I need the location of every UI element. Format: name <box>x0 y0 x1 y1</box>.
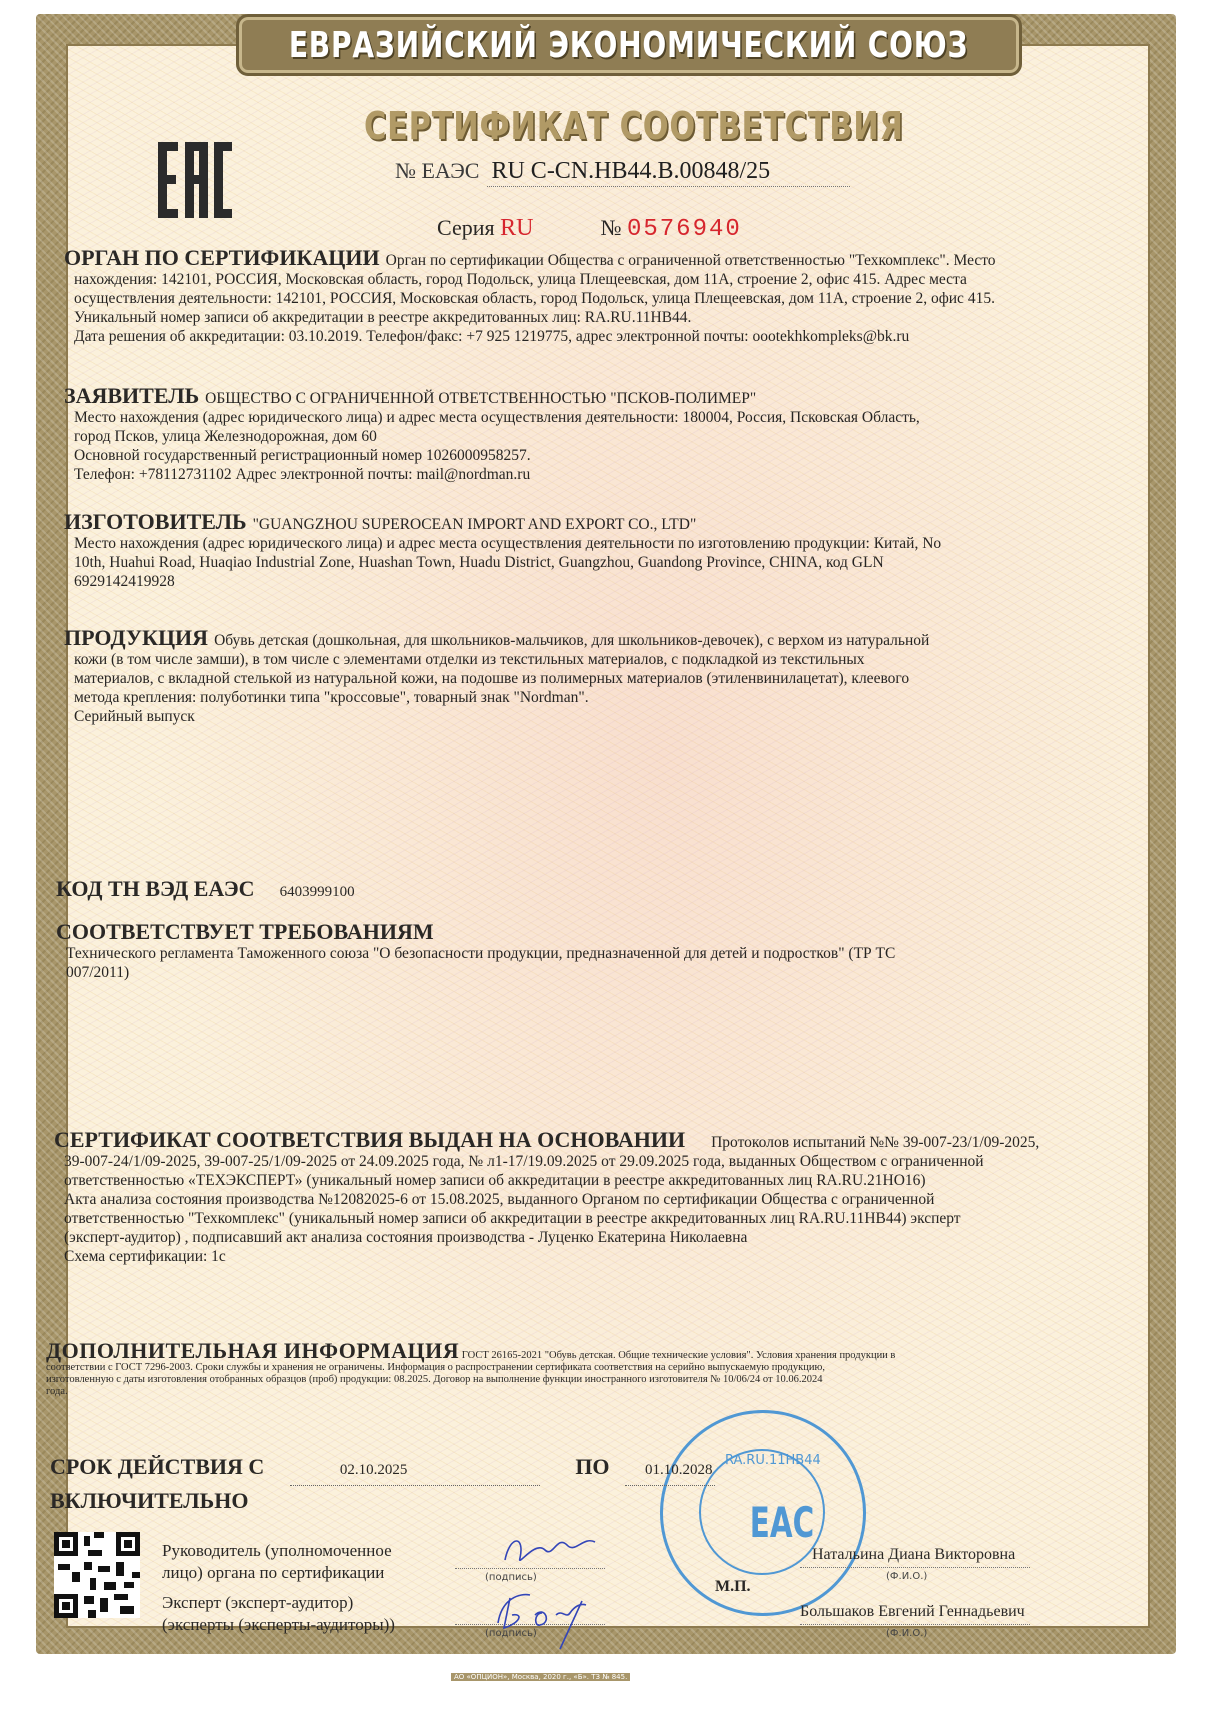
section-heading: ИЗГОТОВИТЕЛЬ <box>64 509 247 534</box>
stamp-accreditation: RA.RU.11HB44 <box>725 1453 821 1468</box>
section-applicant: ЗАЯВИТЕЛЬОБЩЕСТВО С ОГРАНИЧЕННОЙ ОТВЕТСТ… <box>64 386 1144 484</box>
registration-label: № ЕАЭС <box>395 158 479 183</box>
validity-period: СРОК ДЕЙСТВИЯ С 02.10.2025 ПО 01.10.2028… <box>50 1452 715 1516</box>
expert-label-line2: (эксперты (эксперты-аудиторы)) <box>162 1614 395 1636</box>
expert-name-caption: (Ф.И.О.) <box>886 1628 927 1639</box>
stamp-eac-icon: EAC <box>750 1498 814 1547</box>
series-value: RU <box>500 215 533 241</box>
applicant-name: ОБЩЕСТВО С ОГРАНИЧЕННОЙ ОТВЕТСТВЕННОСТЬЮ… <box>205 390 756 407</box>
inclusive-label: ВКЛЮЧИТЕЛЬНО <box>50 1486 715 1516</box>
head-name-line <box>800 1567 1030 1568</box>
registration-number-row: № ЕАЭСRU C-CN.HB44.B.00848/25 <box>395 158 850 185</box>
valid-to-date: 01.10.2028 <box>625 1455 715 1486</box>
section-product: ПРОДУКЦИЯОбувь детская (дошкольная, для … <box>64 628 1144 726</box>
section-basis: СЕРТИФИКАТ СООТВЕТСТВИЯ ВЫДАН НА ОСНОВАН… <box>54 1130 1134 1266</box>
expert-signature-icon <box>490 1583 620 1653</box>
section-heading: СООТВЕТСТВУЕТ ТРЕБОВАНИЯМ <box>56 919 434 944</box>
seal-placeholder-label: М.П. <box>715 1578 751 1596</box>
blank-number: 0576940 <box>627 216 742 243</box>
registration-number: RU C-CN.HB44.B.00848/25 <box>487 158 850 187</box>
printer-imprint: АО «ОПЦИОН», Москва, 2020 г., «Б». ТЗ № … <box>450 1672 631 1682</box>
section-additional-info: ДОПОЛНИТЕЛЬНАЯ ИНФОРМАЦИЯ ГОСТ 26165-202… <box>46 1345 1146 1398</box>
signature-labels: Руководитель (уполномоченное лицо) орган… <box>162 1540 395 1644</box>
union-title: ЕВРАЗИЙСКИЙ ЭКОНОМИЧЕСКИЙ СОЮЗ <box>289 25 968 66</box>
head-signature-caption: (подпись) <box>485 1572 537 1583</box>
section-conformity: СООТВЕТСТВУЕТ ТРЕБОВАНИЯМ Технического р… <box>56 922 1136 982</box>
expert-name-line <box>800 1624 1030 1625</box>
section-heading: СЕРТИФИКАТ СООТВЕТСТВИЯ ВЫДАН НА ОСНОВАН… <box>54 1127 685 1152</box>
manufacturer-name: "GUANGZHOU SUPEROCEAN IMPORT AND EXPORT … <box>253 516 697 533</box>
head-signature-icon <box>495 1530 605 1570</box>
eac-logo-icon <box>158 142 232 218</box>
union-banner: ЕВРАЗИЙСКИЙ ЭКОНОМИЧЕСКИЙ СОЮЗ <box>236 14 1022 76</box>
series-row: Серия RU № 0576940 <box>437 215 742 243</box>
head-label-line1: Руководитель (уполномоченное <box>162 1540 395 1562</box>
valid-from-label: СРОК ДЕЙСТВИЯ С <box>50 1454 264 1479</box>
section-heading: ПРОДУКЦИЯ <box>64 625 208 650</box>
series-label: Серия <box>437 215 495 240</box>
head-name: Натальина Диана Викторовна <box>812 1546 1015 1564</box>
head-label-line2: лицо) органа по сертификации <box>162 1562 395 1584</box>
hs-code-row: КОД ТН ВЭД ЕАЭС 6403999100 <box>56 876 355 902</box>
hs-code-value: 6403999100 <box>280 884 355 900</box>
section-heading: ДОПОЛНИТЕЛЬНАЯ ИНФОРМАЦИЯ <box>46 1338 459 1363</box>
section-heading: ОРГАН ПО СЕРТИФИКАЦИИ <box>64 245 380 270</box>
valid-to-label: ПО <box>575 1454 609 1479</box>
section-manufacturer: ИЗГОТОВИТЕЛЬ"GUANGZHOU SUPEROCEAN IMPORT… <box>64 512 1144 591</box>
hs-code-heading: КОД ТН ВЭД ЕАЭС <box>56 876 255 901</box>
certificate-title: СЕРТИФИКАТ СООТВЕТСТВИЯ <box>364 104 876 148</box>
section-heading: ЗАЯВИТЕЛЬ <box>64 383 199 408</box>
expert-name: Большаков Евгений Геннадьевич <box>800 1603 1025 1621</box>
qr-code-icon <box>54 1532 140 1618</box>
head-name-caption: (Ф.И.О.) <box>886 1571 927 1582</box>
section-certification-body: ОРГАН ПО СЕРТИФИКАЦИИОрган по сертификац… <box>64 248 1144 346</box>
blank-number-label: № <box>600 215 621 240</box>
valid-from-date: 02.10.2025 <box>290 1455 540 1486</box>
expert-label-line1: Эксперт (эксперт-аудитор) <box>162 1592 395 1614</box>
